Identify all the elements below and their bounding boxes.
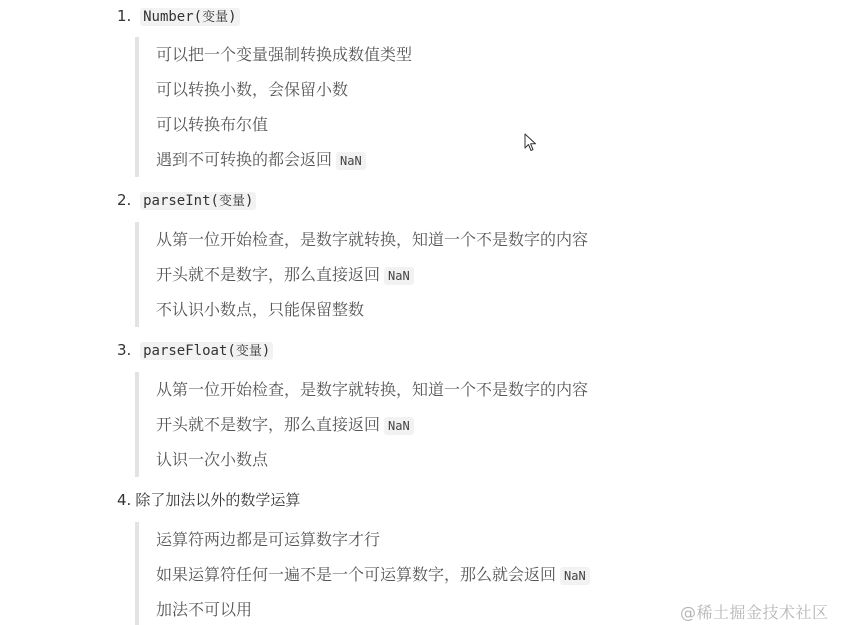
quote-line: 认识一次小数点: [156, 442, 588, 477]
list-item-heading-parseint: 2. parseInt(变量): [117, 190, 256, 212]
quote-line: 可以转换小数，会保留小数: [156, 72, 412, 107]
list-number: 2.: [117, 190, 131, 210]
inline-code-function: parseFloat(变量): [140, 342, 273, 360]
quote-line: 加法不可以用: [156, 592, 590, 625]
quote-line: 不认识小数点，只能保留整数: [156, 292, 588, 327]
quote-line: 从第一位开始检查，是数字就转换，知道一个不是数字的内容: [156, 222, 588, 257]
quote-line: 运算符两边都是可运算数字才行: [156, 522, 590, 557]
heading-text: 除了加法以外的数学运算: [135, 491, 300, 509]
blockquote: 从第一位开始检查，是数字就转换，知道一个不是数字的内容 开头就不是数字，那么直接…: [135, 372, 588, 477]
nan-code-badge: NaN: [384, 417, 414, 435]
blockquote: 从第一位开始检查，是数字就转换，知道一个不是数字的内容 开头就不是数字，那么直接…: [135, 222, 588, 327]
list-item-heading-parsefloat: 3. parseFloat(变量): [117, 340, 273, 362]
list-item-heading-number: 1. Number(变量): [117, 6, 240, 28]
watermark: @稀土掘金技术社区: [680, 600, 829, 623]
list-number: 1.: [117, 6, 131, 26]
quote-line: 遇到不可转换的都会返回NaN: [156, 142, 412, 177]
quote-line: 如果运算符任何一遍不是一个可运算数字，那么就会返回NaN: [156, 557, 590, 592]
quote-line: 开头就不是数字，那么直接返回NaN: [156, 257, 588, 292]
list-number: 4.: [117, 490, 131, 510]
document-body: 1. Number(变量) 可以把一个变量强制转换成数值类型 可以转换小数，会保…: [0, 0, 842, 625]
quote-line: 从第一位开始检查，是数字就转换，知道一个不是数字的内容: [156, 372, 588, 407]
quote-line: 开头就不是数字，那么直接返回NaN: [156, 407, 588, 442]
nan-code-badge: NaN: [560, 567, 590, 585]
list-number: 3.: [117, 340, 131, 360]
mouse-pointer-icon: [524, 133, 538, 153]
quote-line: 可以把一个变量强制转换成数值类型: [156, 37, 412, 72]
blockquote: 运算符两边都是可运算数字才行 如果运算符任何一遍不是一个可运算数字，那么就会返回…: [135, 522, 590, 625]
list-item-heading-math-ops: 4.除了加法以外的数学运算: [117, 490, 300, 510]
inline-code-function: parseInt(变量): [140, 192, 256, 210]
quote-line: 可以转换布尔值: [156, 107, 412, 142]
nan-code-badge: NaN: [384, 267, 414, 285]
inline-code-function: Number(变量): [140, 8, 239, 26]
nan-code-badge: NaN: [336, 152, 366, 170]
blockquote: 可以把一个变量强制转换成数值类型 可以转换小数，会保留小数 可以转换布尔值 遇到…: [135, 37, 412, 177]
